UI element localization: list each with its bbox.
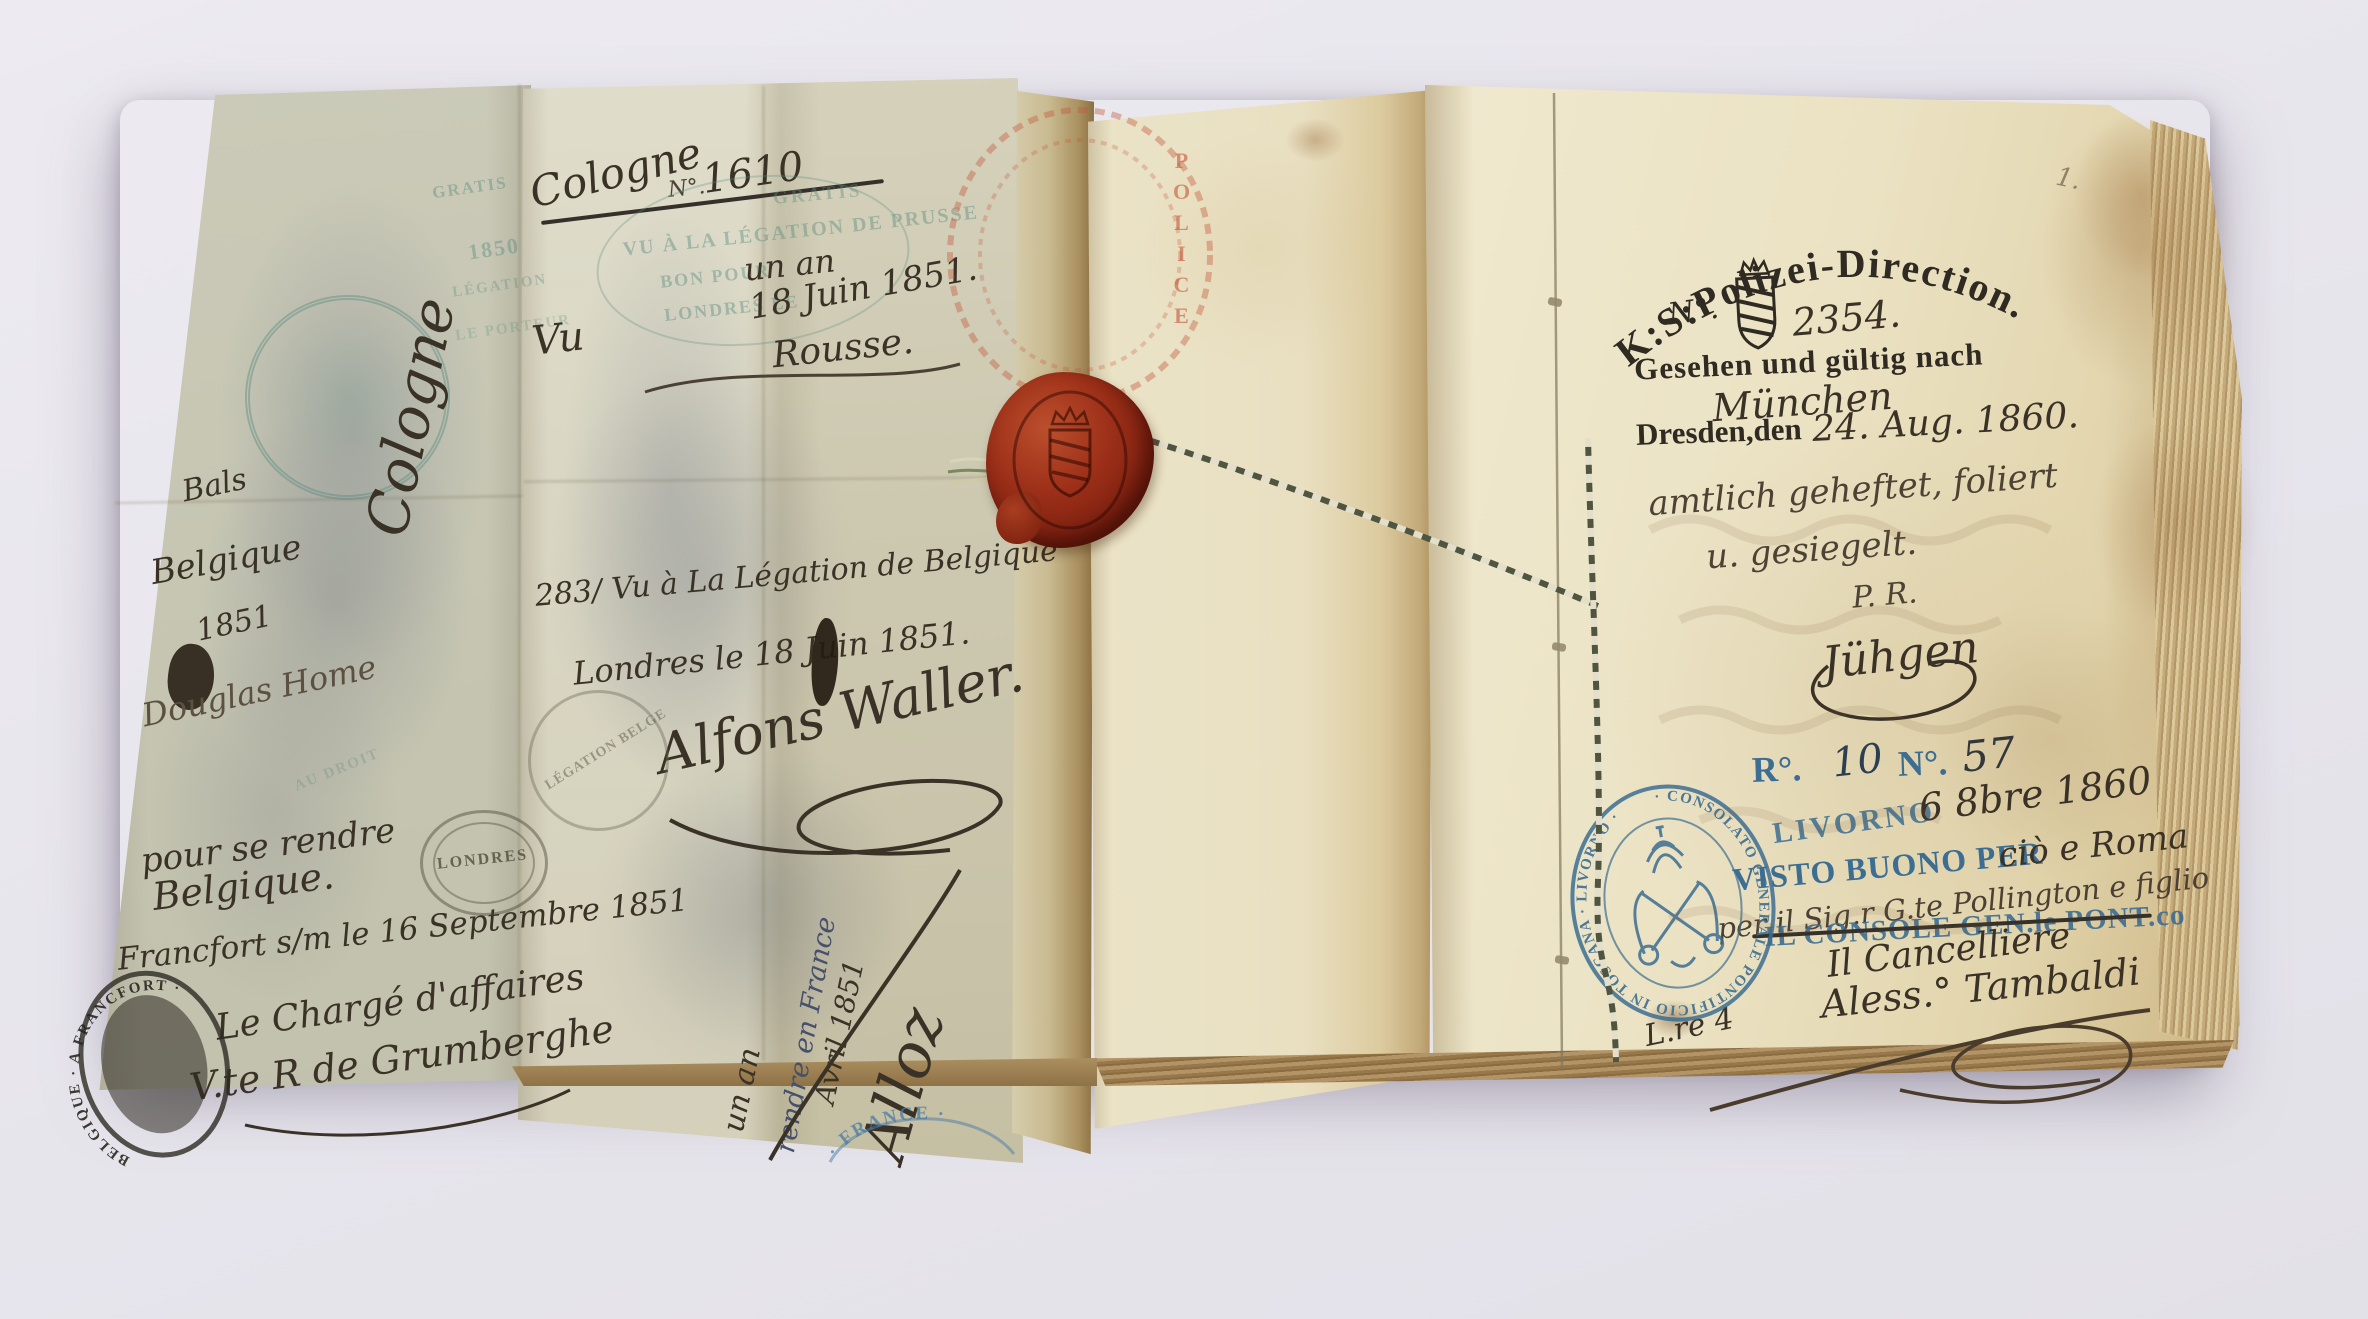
- legation-belge-stamp-text: LÉGATION BELGE: [543, 706, 670, 794]
- londres-round-stamp: LONDRES: [420, 810, 548, 916]
- show-through-writing: [1620, 470, 2220, 1070]
- handwriting-vu: Vu: [530, 313, 587, 364]
- france-arc-stamp: · FRANCE ·: [828, 1088, 1018, 1168]
- france-arc-text: · FRANCE ·: [823, 1103, 947, 1161]
- signature-flourish: [640, 352, 970, 412]
- red-stamp-police-text: POLICE: [1168, 148, 1194, 334]
- cord-vertical-light: [1588, 438, 1616, 1062]
- saxony-shield-icon: [1726, 255, 1787, 354]
- wax-seal: [986, 372, 1154, 548]
- svg-text:· FRANCE ·: · FRANCE ·: [823, 1103, 947, 1161]
- wax-seal-impression: [1008, 386, 1132, 534]
- no-label: N°.: [1666, 291, 1721, 333]
- signature-flourish: [240, 1080, 580, 1140]
- photo-of-passport: Cologne GRATIS LÉGATION 1850 AU DROIT LE…: [0, 0, 2368, 1319]
